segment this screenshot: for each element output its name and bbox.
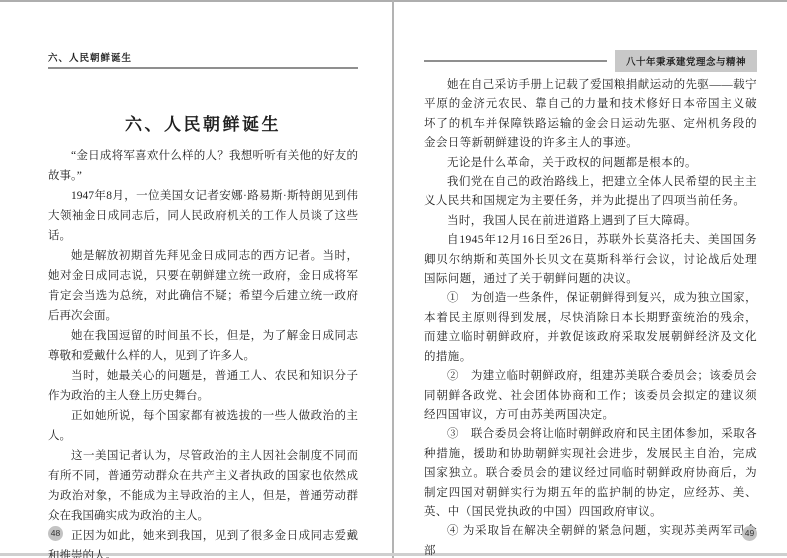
page-number-badge: 48	[48, 526, 63, 541]
page-number-badge: 49	[742, 526, 757, 541]
book-spread: { "colors": { "text": "#1f1f1f", "rule":…	[0, 0, 787, 558]
paragraph: 当时，我国人民在前进道路上遇到了巨大障碍。	[424, 212, 757, 231]
paragraph: 无论是什么革命，关于政权的问题都是根本的。	[424, 154, 757, 173]
paragraph: 正因为如此，她来到我国，见到了很多金日成同志爱戴和推崇的人。	[48, 526, 358, 558]
paragraph: 当时，她最关心的问题是，普通工人、农民和知识分子作为政治的主人登上历史舞台。	[48, 366, 358, 406]
right-page-body: 她在自己采访手册上记载了爱国粮捐献运动的先驱——载宁平原的金济元农民、靠自己的力…	[424, 76, 757, 558]
paragraph: 这一美国记者认为，尽管政治的主人因社会制度不同而有所不同，普通劳动群众在共产主义…	[48, 446, 358, 526]
left-running-header: 六、人民朝鲜诞生	[48, 50, 358, 69]
right-running-header: 八十年秉承建党理念与精神	[424, 50, 757, 72]
numbered-item-2: ② 为建立临时朝鲜政府，组建苏美联合委员会；该委员会同朝鲜各政党、社会团体协商和…	[424, 367, 757, 425]
paragraph: “金日成将军喜欢什么样的人？我想听听有关他的好友的故事。”	[48, 146, 358, 186]
left-page: 六、人民朝鲜诞生 六、人民朝鲜诞生 “金日成将军喜欢什么样的人？我想听听有关他的…	[0, 0, 392, 558]
right-header-rule	[424, 60, 607, 62]
paragraph: 她在自己采访手册上记载了爱国粮捐献运动的先驱——载宁平原的金济元农民、靠自己的力…	[424, 76, 757, 154]
paragraph: 她是解放初期首先拜见金日成同志的西方记者。当时，她对金日成同志说，只要在朝鲜建立…	[48, 246, 358, 326]
chapter-title: 六、人民朝鲜诞生	[48, 110, 358, 135]
right-page: 八十年秉承建党理念与精神 她在自己采访手册上记载了爱国粮捐献运动的先驱——载宁平…	[394, 0, 787, 558]
numbered-item-4: ④ 为采取旨在解决全朝鲜的紧急问题，实现苏美两军司令部	[424, 522, 757, 558]
paragraph: 1947年8月，一位美国女记者安娜·路易斯·斯特朗见到伟大领袖金日成同志后，同人…	[48, 186, 358, 246]
paragraph: 自1945年12月16日至26日，苏联外长莫洛托夫、美国国务卿贝尔纳斯和英国外长…	[424, 231, 757, 289]
paragraph: 我们党在自己的政治路线上，把建立全体人民希望的民主主义人民共和国规定为主要任务，…	[424, 173, 757, 212]
paragraph: 她在我国逗留的时间虽不长，但是，为了解金日成同志尊敬和爱戴什么样的人，见到了许多…	[48, 326, 358, 366]
right-running-header-text: 八十年秉承建党理念与精神	[615, 50, 757, 72]
paragraph: 正如她所说，每个国家都有被选拔的一些人做政治的主人。	[48, 406, 358, 446]
numbered-item-3: ③ 联合委员会将让临时朝鲜政府和民主团体参加，采取各种措施，援助和协助朝鲜实现社…	[424, 425, 757, 522]
numbered-item-1: ① 为创造一些条件，保证朝鲜得到复兴，成为独立国家，本着民主原则得到发展，尽快消…	[424, 289, 757, 367]
left-page-body: “金日成将军喜欢什么样的人？我想听听有关他的好友的故事。” 1947年8月，一位…	[48, 146, 358, 558]
left-running-header-text: 六、人民朝鲜诞生	[48, 50, 358, 64]
left-header-rule	[48, 67, 358, 69]
